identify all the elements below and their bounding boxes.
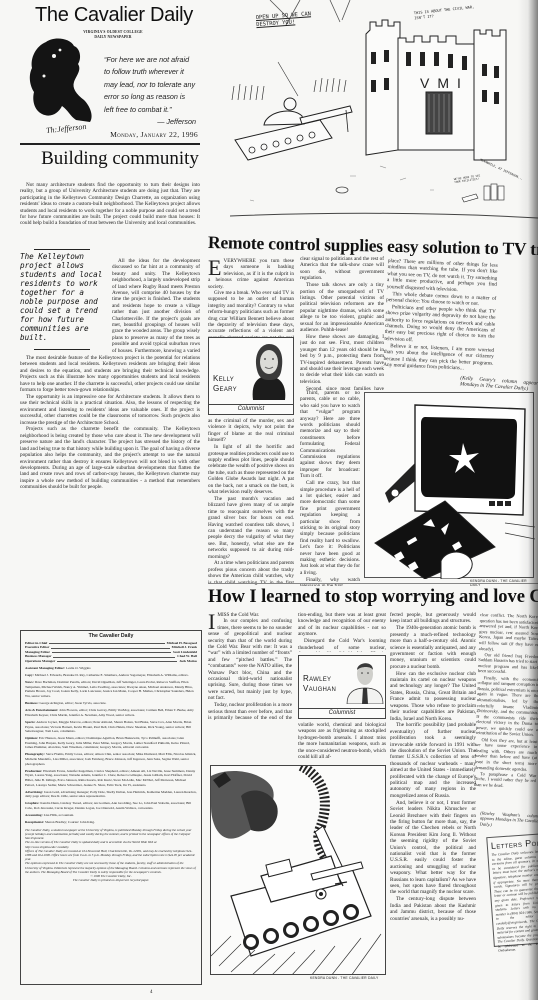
staff-group: Sports: Andrew Joyner, Maggie Morrow, ed… [25, 720, 197, 734]
staff-group: Advertising: Jason Gold, advertising man… [25, 790, 197, 799]
coldwar-paragraph: tion-ending, but there was at least grea… [298, 612, 386, 638]
coldwar-paragraph: And, believe it or not, I trust former S… [390, 800, 476, 896]
publication-info: The Cavalier Daily, a student newspaper … [25, 828, 197, 883]
tv-paragraph: In light of all the horrific and grotesq… [208, 444, 294, 495]
editorial-paragraph: The most desirable feature of the Kelley… [20, 355, 200, 393]
staff-officer-row: Operations ManagerJack Mattos [25, 659, 197, 664]
tv-paragraph: place? There are millions of other thing… [387, 258, 498, 295]
newspaper-page: The Cavalier Daily Virginia's Oldest Col… [0, 0, 538, 1000]
tv-column-col1-top: E VERYWHERE you turn these days someone … [208, 258, 294, 348]
pullquote-rule-bottom [34, 349, 90, 350]
coldwar-paragraph: volatile world, chemical and biological … [298, 722, 386, 760]
coldwar-column-headline: How I learned to stop worrying and love … [208, 586, 538, 608]
editorial-pullquote: The Kelleytown project allows students a… [20, 252, 108, 342]
coldwar-column-col2-top: tion-ending, but there was at least grea… [298, 612, 386, 652]
columnist-box-kelly-geary: Kelly Geary Columnist [208, 337, 294, 415]
staff-group: Graphics: Kendra Dunn, Lindsay Tweed, ed… [25, 801, 197, 810]
masthead-title: The Cavalier Daily [28, 4, 200, 27]
staff-group: Assistant Managing Editor: Leslie O. Wig… [25, 666, 197, 671]
tv-paragraph: as the criminal of the murder, sex and v… [208, 418, 294, 444]
page-number: 4 [150, 990, 153, 995]
columnist-label: Columnist [209, 404, 293, 414]
editorial-paragraph: All the ideas for the development discus… [112, 258, 200, 354]
staff-group: Production: Elizabeth Evans, Jennifer Ku… [25, 769, 197, 787]
coldwar-column-col3: fected people, but generously would keep… [390, 612, 476, 978]
columnist-photo-kelly-geary-icon [243, 340, 293, 400]
coldwar-column-col1: I MISS the Cold War. In our complex and … [208, 612, 292, 720]
staff-group: Opinion: Eric Hanson, Jason Mann, editor… [25, 736, 197, 750]
castle-sign-text: VMI [420, 75, 469, 91]
tank-missile-illustration-icon [211, 766, 386, 975]
editorial-intro: Not many architecture students find the … [20, 182, 200, 260]
tv-paragraph: clear signal to politicians and the rest… [300, 256, 384, 282]
columnist-photo-rawley-vaughan-icon [345, 658, 385, 704]
dateline: Monday, January 22, 1996 [94, 130, 198, 139]
columnist-name: Rawley Vaughan [303, 674, 336, 693]
quote-text: “For here we are not afraid to follow tr… [104, 54, 196, 116]
staff-box-title: The Cavalier Daily [25, 634, 197, 639]
jefferson-silhouette-icon [24, 36, 96, 128]
staff-group: Receptionist: Sharon Bradley; Courier: J… [25, 820, 197, 825]
tv-paragraph: Those talk shows are only a tiny portion… [300, 282, 384, 333]
jefferson-quote: “For here we are not afraid to follow tr… [104, 54, 196, 128]
coldwar-paragraph: In our complex and confusing times, ther… [208, 618, 292, 701]
tv-paragraph: How these shows are damaging, I just do … [300, 334, 384, 385]
coldwar-paragraph: The 1940s-generation atomic bomb is pres… [390, 625, 476, 670]
quote-attribution: — Jefferson [104, 116, 196, 128]
tv-dropcap: E [208, 259, 221, 277]
tv-column-col3: place? There are millions of other thing… [383, 258, 498, 385]
tank-illustration [210, 765, 386, 975]
staff-group: Copy: Michael J. Edwards, Brandee D. Ray… [25, 673, 197, 678]
staff-name: Jack Mattos [179, 659, 197, 664]
staff-box: The Cavalier Daily Editor-in-ChiefMichae… [20, 630, 202, 985]
vmi-editorial-cartoon: VMI OPEN UP SO [230, 0, 538, 225]
columnist-name: Kelly Geary [213, 374, 237, 393]
coldwar-paragraph: The horrific possibility (and probable e… [390, 722, 476, 799]
recycled-note: The Cavalier Daily is printed on 40-perc… [25, 878, 197, 882]
tv-paragraph: Finally, why watch television in the fir… [300, 577, 360, 586]
editorial-column-right: All the ideas for the development discus… [112, 258, 200, 354]
coldwar-paragraph: Today, nuclear proliferation is a more s… [208, 702, 292, 720]
section-divider [208, 583, 538, 584]
tv-paragraph: Third, parents or no parents, cable or n… [300, 390, 360, 480]
editorial-body: The most desirable feature of the Kelley… [20, 355, 200, 595]
tv-remote-illustration-icon [365, 393, 535, 579]
vmi-cartoon-illustration-icon: VMI [230, 0, 538, 225]
coldwar-paragraph: fected people, but generously would keep… [390, 612, 476, 625]
page-curl-shadow [518, 0, 538, 1000]
staff-group: News: Dave Bachman, Dominic Perella, edi… [25, 680, 197, 698]
columnist-label: Columnist [299, 708, 385, 718]
coldwar-paragraph: Disregard the Cold War's looming thunder… [298, 638, 386, 652]
editorial-paragraph: Not many architecture students find the … [20, 182, 200, 259]
editorial-paragraph: Projects such as the charrette benefit t… [20, 426, 200, 490]
editorial-paragraph: The opportunity is an impressive one for… [20, 394, 200, 426]
staff-group: Photography: Steve Flamis, Emily Gross, … [25, 752, 197, 766]
coldwar-column-col2-bottom: volatile world, chemical and biological … [298, 722, 386, 762]
tv-column-col2-narrow: Third, parents or no parents, cable or n… [300, 390, 360, 586]
tv-column-col1-bottom: as the criminal of the murder, sex and v… [208, 418, 294, 586]
coldwar-paragraph: The century-long dispute between India a… [390, 896, 476, 922]
staff-group: Arts & Entertainment: John Flowers, edit… [25, 708, 197, 717]
tv-paragraph: The past month's vacation and blizzard h… [208, 496, 294, 560]
coldwar-paragraph: How can the exclusive nuclear club maint… [390, 671, 476, 722]
tv-remote-illustration [364, 392, 534, 578]
staff-group: Business: George Arlington, editor; Jaso… [25, 701, 197, 706]
tank-illustration-credit: KENDRA DUNN - THE CAVALIER DAILY [310, 976, 379, 980]
masthead-rule [20, 143, 200, 145]
pullquote-rule-top [34, 249, 90, 250]
tv-paragraph: Believe it or not, listeners, I am more … [383, 343, 494, 373]
coldwar-dropcap: I [208, 613, 215, 631]
staff-group: Accounting: Lisa Hills, accountant. [25, 813, 197, 818]
staff-role: Operations Manager [25, 659, 55, 664]
editorial-headline: Building community [20, 148, 220, 170]
columnist-box-rawley-vaughan: Rawley Vaughan Columnist [298, 655, 386, 719]
tv-paragraph: Call me crazy, but that simple procedure… [300, 480, 360, 576]
tv-column-col2-top: clear signal to politicians and the rest… [300, 256, 384, 390]
tv-paragraph: Politicians and other people who think t… [384, 304, 496, 347]
